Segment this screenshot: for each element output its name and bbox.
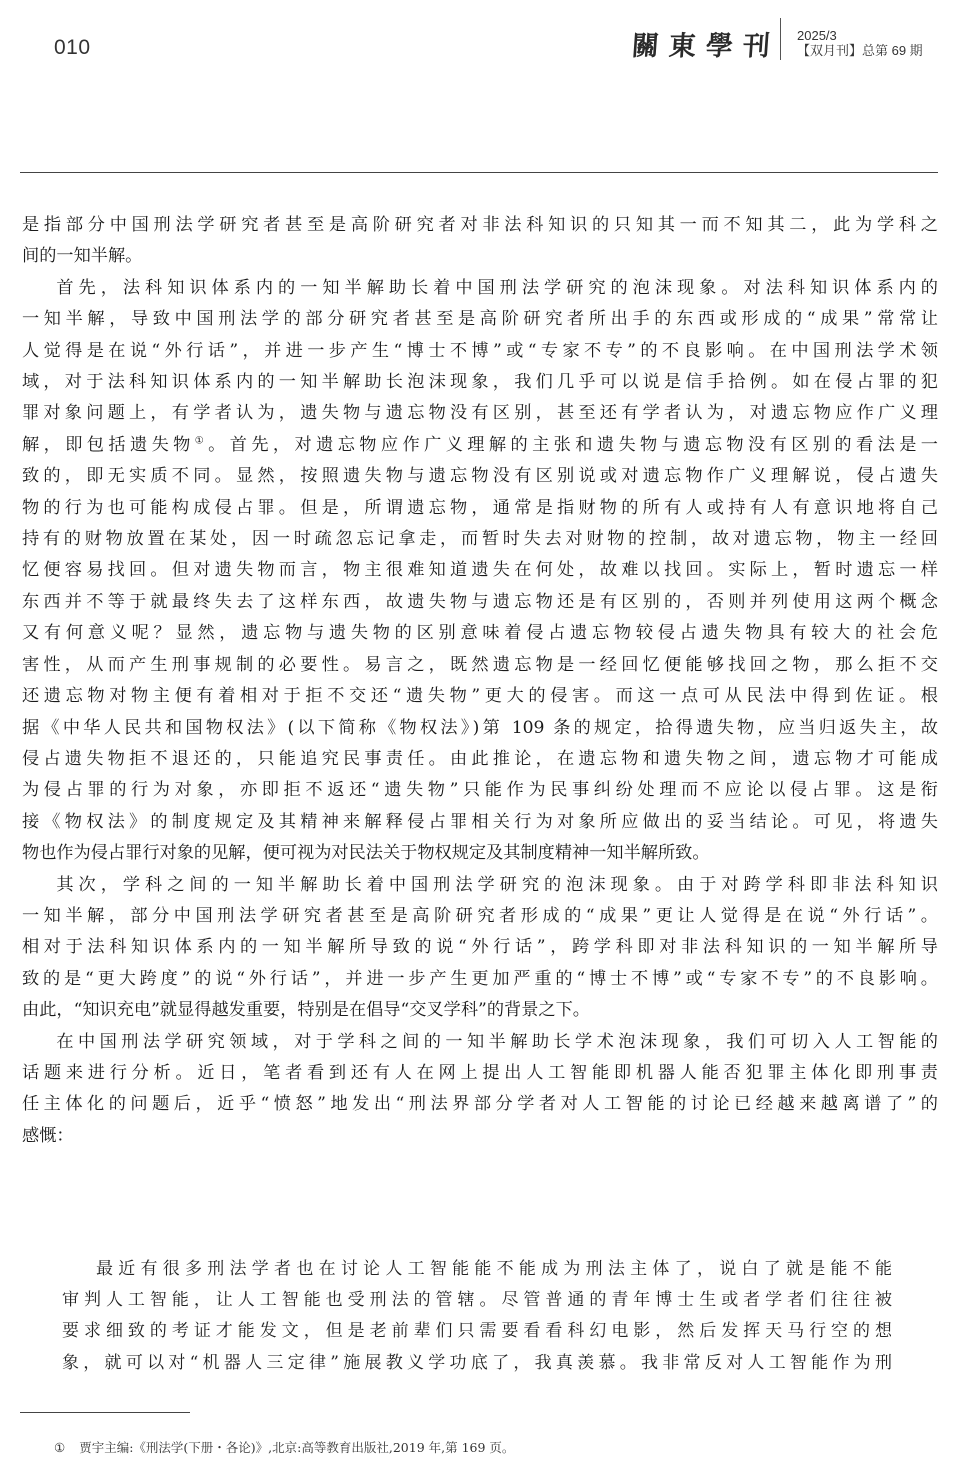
footnote-ref[interactable]: ① [195, 435, 208, 446]
page-number: 010 [54, 36, 91, 60]
quote-line: 要求细致的考证才能发文，但是老前辈们只需要看看科幻电影，然后发挥天马行空的想 [62, 1316, 892, 1347]
body-line: 感慨： [22, 1121, 938, 1152]
body-line: 是指部分中国刑法学研究者甚至是高阶研究者对非法科知识的只知其一而不知其二，此为学… [22, 210, 938, 241]
body-line: 域，对于法科知识体系内的一知半解助长泡沫现象，我们几乎可以说是信手拾例。如在侵占… [22, 367, 938, 398]
body-line: 侵占遗失物拒不退还的，只能追究民事责任。由此推论，在遗忘物和遗失物之间，遗忘物才… [22, 744, 938, 775]
body-line-part: 。首先，对遗忘物应作广义理解的主张和遗失物与遗忘物没有区别的看法是一 [208, 435, 938, 455]
issue-year: 2025/3 [797, 28, 923, 43]
body-line: 还遗忘物对物主便有着相对于拒不交还“遗失物”更大的侵害。而这一点可从民法中得到佐… [22, 681, 938, 712]
body-line: 首先，法科知识体系内的一知半解助长着中国刑法学研究的泡沫现象。对法科知识体系内的 [22, 273, 938, 304]
body-line: 持有的财物放置在某处，因一时疏忽忘记拿走，而暂时失去对财物的控制，故对遗忘物，物… [22, 524, 938, 555]
body-line: 致的是“更大跨度”的说“外行话”，并进一步产生更加严重的“博士不博”或“专家不专… [22, 964, 938, 995]
body-line: 在中国刑法学研究领域，对于学科之间的一知半解助长学术泡沫现象，我们可切入人工智能… [22, 1027, 938, 1058]
body-line: 间的一知半解。 [22, 241, 938, 272]
body-line: 据《中华人民共和国物权法》(以下简称《物权法》)第 109 条的规定，拾得遗失物… [22, 713, 938, 744]
quote-line: 最近有很多刑法学者也在讨论人工智能能不能成为刑法主体了，说白了就是能不能 [62, 1254, 892, 1285]
top-rule [20, 172, 938, 173]
body-line: 物也作为侵占罪行对象的见解，便可视为对民法关于物权规定及其制度精神一知半解所致。 [22, 838, 938, 869]
body-line: 忆便容易找回。但对遗失物而言，物主很难知道遗失在何处，故难以找回。实际上，暂时遗… [22, 555, 938, 586]
header-divider [780, 18, 781, 60]
body-line: 一知半解，导致中国刑法学的部分研究者甚至是高阶研究者所出手的东西或形成的“成果”… [22, 304, 938, 335]
body-line: 由此，“知识充电”就显得越发重要，特别是在倡导“交叉学科”的背景之下。 [22, 995, 938, 1026]
body-line: 其次，学科之间的一知半解助长着中国刑法学研究的泡沫现象。由于对跨学科即非法科知识 [22, 870, 938, 901]
body-line: 任主体化的问题后，近乎“愤怒”地发出“刑法界部分学者对人工智能的讨论已经越来越离… [22, 1089, 938, 1120]
body-line: 致的，即无实质不同。显然，按照遗失物与遗忘物没有区别说或对遗忘物作广义理解说，侵… [22, 461, 938, 492]
footnote-text: 贾宇主编:《刑法学(下册・各论)》,北京:高等教育出版社,2019 年,第 16… [79, 1440, 514, 1455]
quote-line: 象，就可以对“机器人三定律”施展教义学功底了，我真羡慕。我非常反对人工智能作为刑 [62, 1348, 892, 1379]
body-line: 一知半解，部分中国刑法学研究者甚至是高阶研究者形成的“成果”更让人觉得是在说“外… [22, 901, 938, 932]
body-line: 又有何意义呢？显然，遗忘物与遗失物的区别意味着侵占遗忘物较侵占遗失物具有较大的社… [22, 618, 938, 649]
issue-info: 2025/3 【双月刊】总第 69 期 [797, 28, 923, 58]
body-line: 话题来进行分析。近日，笔者看到还有人在网上提出人工智能即机器人能否犯罪主体化即刑… [22, 1058, 938, 1089]
body-line: 相对于法科知识体系内的一知半解所导致的说“外行话”，跨学科即对非法科知识的一知半… [22, 932, 938, 963]
issue-detail: 【双月刊】总第 69 期 [797, 43, 923, 58]
footnote: ①贾宇主编:《刑法学(下册・各论)》,北京:高等教育出版社,2019 年,第 1… [54, 1438, 514, 1456]
quote-line: 审判人工智能，让人工智能也受刑法的管辖。尽管普通的青年博士生或者学者们往往被 [62, 1285, 892, 1316]
journal-logo: 關東學刊 [631, 24, 782, 63]
body-line: 为侵占罪的行为对象，亦即拒不返还“遗失物”只能作为民事纠纷处理而不应论以侵占罪。… [22, 775, 938, 806]
footnote-rule [20, 1412, 190, 1413]
body-line: 东西并不等于就最终失去了这样东西，故遗失物与遗忘物还是有区别的，否则并列使用这两… [22, 587, 938, 618]
body-line: 人觉得是在说“外行话”，并进一步产生“博士不博”或“专家不专”的不良影响。在中国… [22, 336, 938, 367]
quote-block: 最近有很多刑法学者也在讨论人工智能能不能成为刑法主体了，说白了就是能不能 审判人… [62, 1254, 892, 1379]
body-text: 是指部分中国刑法学研究者甚至是高阶研究者对非法科知识的只知其一而不知其二，此为学… [22, 210, 938, 1152]
body-line: 解，即包括遗失物①。首先，对遗忘物应作广义理解的主张和遗失物与遗忘物没有区别的看… [22, 430, 938, 461]
footnote-mark: ① [54, 1440, 65, 1455]
body-line: 物的行为也可能构成侵占罪。但是，所谓遗忘物，通常是指财物的所有人或持有人有意识地… [22, 493, 938, 524]
body-line-part: 解，即包括遗失物 [22, 435, 195, 455]
body-line: 接《物权法》的制度规定及其精神来解释侵占罪相关行为对象所应做出的妥当结论。可见，… [22, 807, 938, 838]
body-line: 害性，从而产生刑事规制的必要性。易言之，既然遗忘物是一经回忆便能够找回之物，那么… [22, 650, 938, 681]
body-line: 罪对象问题上，有学者认为，遗失物与遗忘物没有区别，甚至还有学者认为，对遗忘物应作… [22, 398, 938, 429]
